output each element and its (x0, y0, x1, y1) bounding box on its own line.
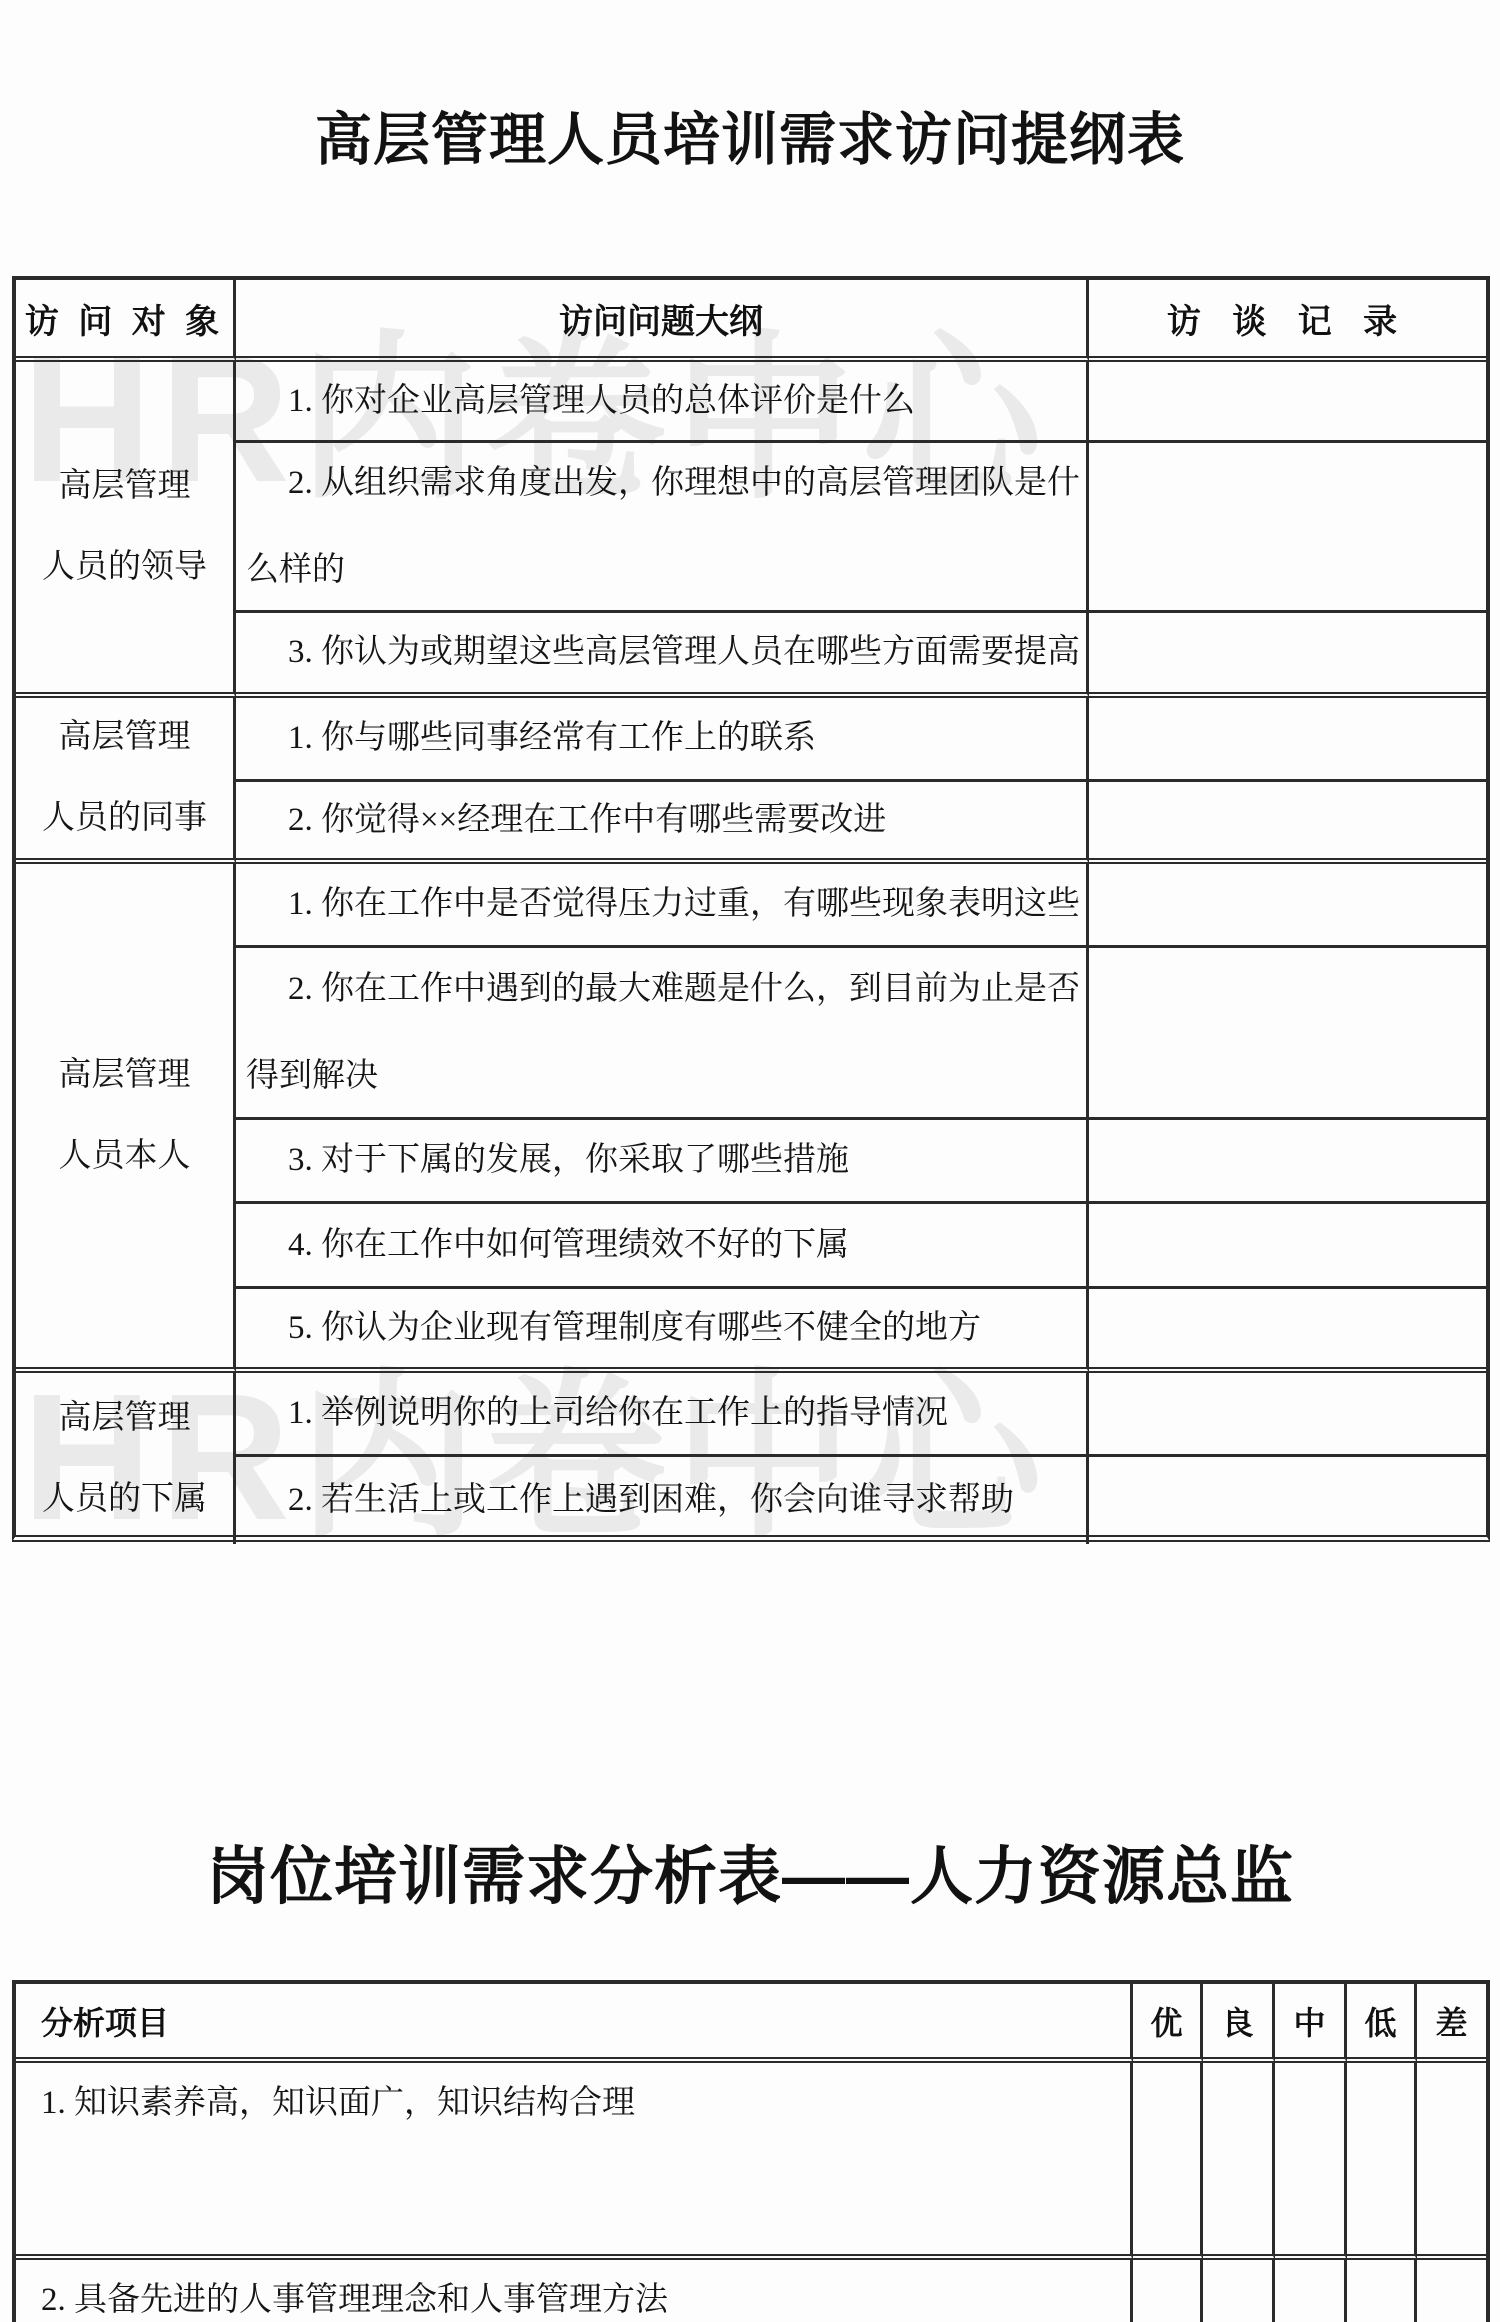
subject-cell-self: 高层管理 人员本人 (16, 864, 236, 1373)
record-cell (1089, 1120, 1486, 1204)
column-header-excellent: 优 (1133, 1984, 1203, 2063)
question-text: 4. 你在工作中如何管理绩效不好的下属 (236, 1202, 1086, 1289)
question-cell: 1. 你对企业高层管理人员的总体评价是什么 (236, 362, 1089, 443)
record-cell (1089, 864, 1486, 948)
column-header-subject: 访 问 对 象 (16, 280, 236, 362)
subject-line: 人员的同事 (42, 802, 207, 835)
subject-line: 人员的领导 (42, 551, 207, 584)
record-cell (1089, 1457, 1486, 1544)
rating-cell (1133, 2260, 1203, 2322)
question-cell: 4. 你在工作中如何管理绩效不好的下属 (236, 1204, 1089, 1289)
record-cell (1089, 1204, 1486, 1289)
column-header-low: 低 (1347, 1984, 1417, 2063)
question-text: 1. 举例说明你的上司给你在工作上的指导情况 (236, 1370, 1086, 1457)
record-cell (1089, 362, 1486, 443)
subject-line: 高层管理 (59, 1059, 191, 1092)
analysis-item-cell: 2. 具备先进的人事管理理念和人事管理方法 (16, 2260, 1133, 2322)
subject-line: 高层管理 (59, 1402, 191, 1435)
question-cell: 2. 你觉得××经理在工作中有哪些需要改进 (236, 782, 1089, 864)
column-header-medium: 中 (1275, 1984, 1347, 2063)
question-cell: 2. 从组织需求角度出发，你理想中的高层管理团队是什么样的 (236, 443, 1089, 613)
column-header-poor: 差 (1417, 1984, 1486, 2063)
question-text: 5. 你认为企业现有管理制度有哪些不健全的地方 (236, 1285, 1086, 1372)
doc2-title: 岗位培训需求分析表——人力资源总监 (0, 1826, 1500, 1917)
question-text: 2. 你觉得××经理在工作中有哪些需要改进 (236, 777, 1086, 864)
rating-cell (1275, 2063, 1347, 2260)
column-header-good: 良 (1203, 1984, 1275, 2063)
rating-cell (1417, 2063, 1486, 2260)
subject-cell-colleagues: 高层管理 人员的同事 (16, 698, 236, 864)
rating-cell (1347, 2063, 1417, 2260)
question-cell: 1. 你与哪些同事经常有工作上的联系 (236, 698, 1089, 782)
analysis-item-text: 2. 具备先进的人事管理理念和人事管理方法 (16, 2260, 1130, 2322)
question-cell: 5. 你认为企业现有管理制度有哪些不健全的地方 (236, 1289, 1089, 1373)
scanned-document-page: HR内卷中心 HR内卷中心 高层管理人员培训需求访问提纲表 访 问 对 象 访问… (0, 0, 1500, 2322)
rating-cell (1133, 2063, 1203, 2260)
analysis-item-text: 1. 知识素养高，知识面广，知识结构合理 (16, 2063, 1130, 2125)
doc1-title: 高层管理人员培训需求访问提纲表 (0, 94, 1500, 176)
record-cell (1089, 948, 1486, 1120)
record-cell (1089, 1373, 1486, 1457)
rating-cell (1203, 2260, 1275, 2322)
question-cell: 1. 举例说明你的上司给你在工作上的指导情况 (236, 1373, 1089, 1457)
question-text: 3. 对于下属的发展，你采取了哪些措施 (236, 1117, 1086, 1204)
record-cell (1089, 613, 1486, 698)
analysis-item-cell: 1. 知识素养高，知识面广，知识结构合理 (16, 2063, 1133, 2260)
question-text: 1. 你在工作中是否觉得压力过重，有哪些现象表明这些 (236, 861, 1086, 948)
record-cell (1089, 443, 1486, 613)
subject-line: 高层管理 (59, 721, 191, 754)
column-header-outline: 访问问题大纲 (236, 280, 1089, 362)
question-text: 3. 你认为或期望这些高层管理人员在哪些方面需要提高 (236, 609, 1086, 696)
question-text: 1. 你与哪些同事经常有工作上的联系 (236, 695, 1086, 782)
subject-cell-subordinates: 高层管理 人员的下属 (16, 1373, 236, 1544)
position-analysis-table: 分析项目 优 良 中 低 差 1. 知识素养高，知识面广，知识结构合理 2. 具… (12, 1980, 1490, 2322)
rating-cell (1347, 2260, 1417, 2322)
question-text: 2. 你在工作中遇到的最大难题是什么，到目前为止是否得到解决 (236, 946, 1086, 1120)
question-text: 2. 若生活上或工作上遇到困难，你会向谁寻求帮助 (236, 1457, 1086, 1544)
question-cell: 2. 你在工作中遇到的最大难题是什么，到目前为止是否得到解决 (236, 948, 1089, 1120)
column-header-record: 访 谈 记 录 (1089, 280, 1486, 362)
question-cell: 1. 你在工作中是否觉得压力过重，有哪些现象表明这些 (236, 864, 1089, 948)
rating-cell (1275, 2260, 1347, 2322)
subject-line: 人员的下属 (42, 1483, 207, 1516)
question-cell: 2. 若生活上或工作上遇到困难，你会向谁寻求帮助 (236, 1457, 1089, 1544)
question-cell: 3. 对于下属的发展，你采取了哪些措施 (236, 1120, 1089, 1204)
rating-cell (1417, 2260, 1486, 2322)
record-cell (1089, 698, 1486, 782)
subject-line: 人员本人 (59, 1140, 191, 1173)
column-header-analysis-item: 分析项目 (16, 1984, 1133, 2063)
rating-cell (1203, 2063, 1275, 2260)
subject-cell-leaders: 高层管理 人员的领导 (16, 362, 236, 698)
question-cell: 3. 你认为或期望这些高层管理人员在哪些方面需要提高 (236, 613, 1089, 698)
question-text: 1. 你对企业高层管理人员的总体评价是什么 (236, 358, 1086, 445)
interview-outline-table: 访 问 对 象 访问问题大纲 访 谈 记 录 高层管理 人员的领导 1. 你对企… (12, 276, 1490, 1542)
record-cell (1089, 782, 1486, 864)
record-cell (1089, 1289, 1486, 1373)
question-text: 2. 从组织需求角度出发，你理想中的高层管理团队是什么样的 (236, 440, 1086, 614)
subject-line: 高层管理 (59, 470, 191, 503)
